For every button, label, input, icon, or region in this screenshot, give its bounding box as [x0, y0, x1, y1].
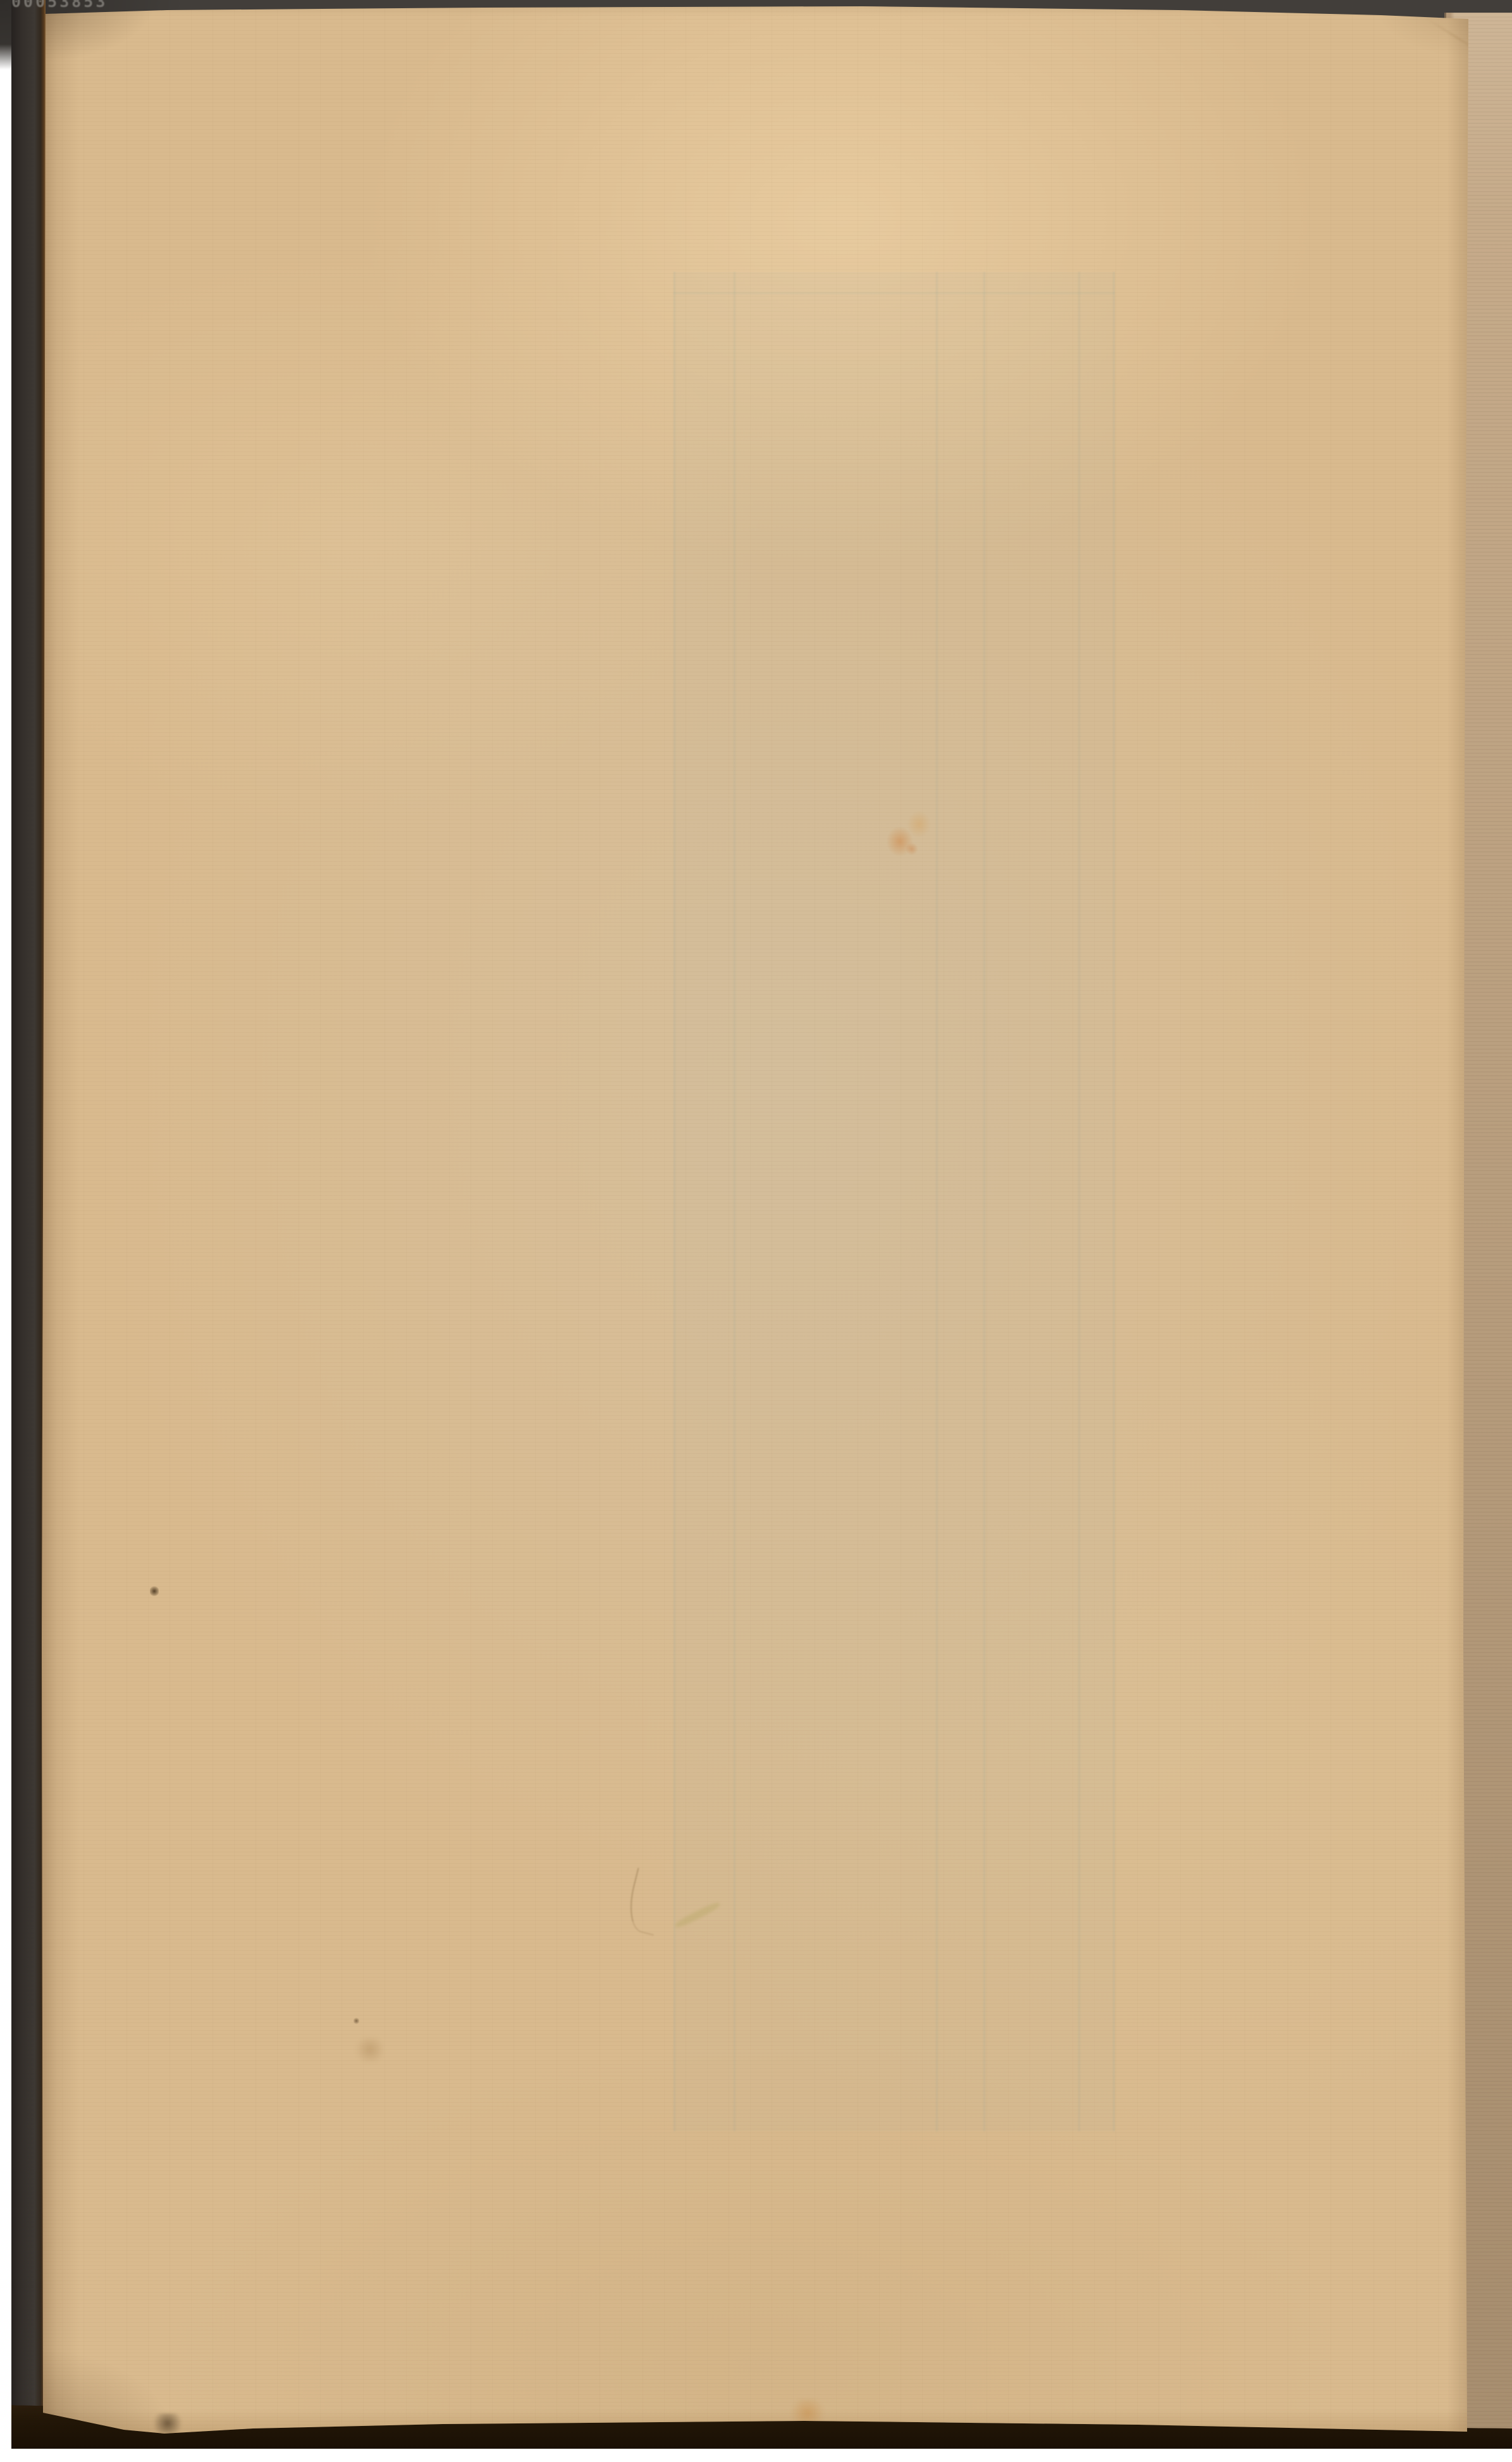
show-through-rule — [983, 272, 985, 2131]
ink-speck — [150, 1586, 159, 1596]
show-through-rule — [673, 292, 1115, 294]
page-leaf — [40, 0, 1470, 2439]
show-through-rule — [936, 272, 938, 2131]
show-through-rule — [673, 272, 675, 2131]
scan-id-stamp: 00053853 — [11, 0, 108, 11]
scanned-book-page: 00053853 — [0, 0, 1512, 2462]
scanner-bed-margin-bottom — [0, 2449, 1512, 2462]
bottom-edge-stain — [788, 2399, 827, 2422]
rust-stain — [885, 807, 933, 856]
show-through-rule — [1113, 272, 1115, 2131]
book-spine-shadow — [11, 0, 46, 2453]
show-through-rule — [734, 272, 735, 2131]
small-speck — [353, 2017, 359, 2024]
verso-ruling-show-through — [40, 0, 1470, 2439]
show-through-band — [673, 272, 1115, 2131]
bottom-edge-smudge — [149, 2413, 186, 2434]
scanner-bed-margin-left — [0, 44, 11, 2453]
show-through-rule — [1078, 272, 1080, 2131]
smudge-mark — [353, 2038, 386, 2062]
